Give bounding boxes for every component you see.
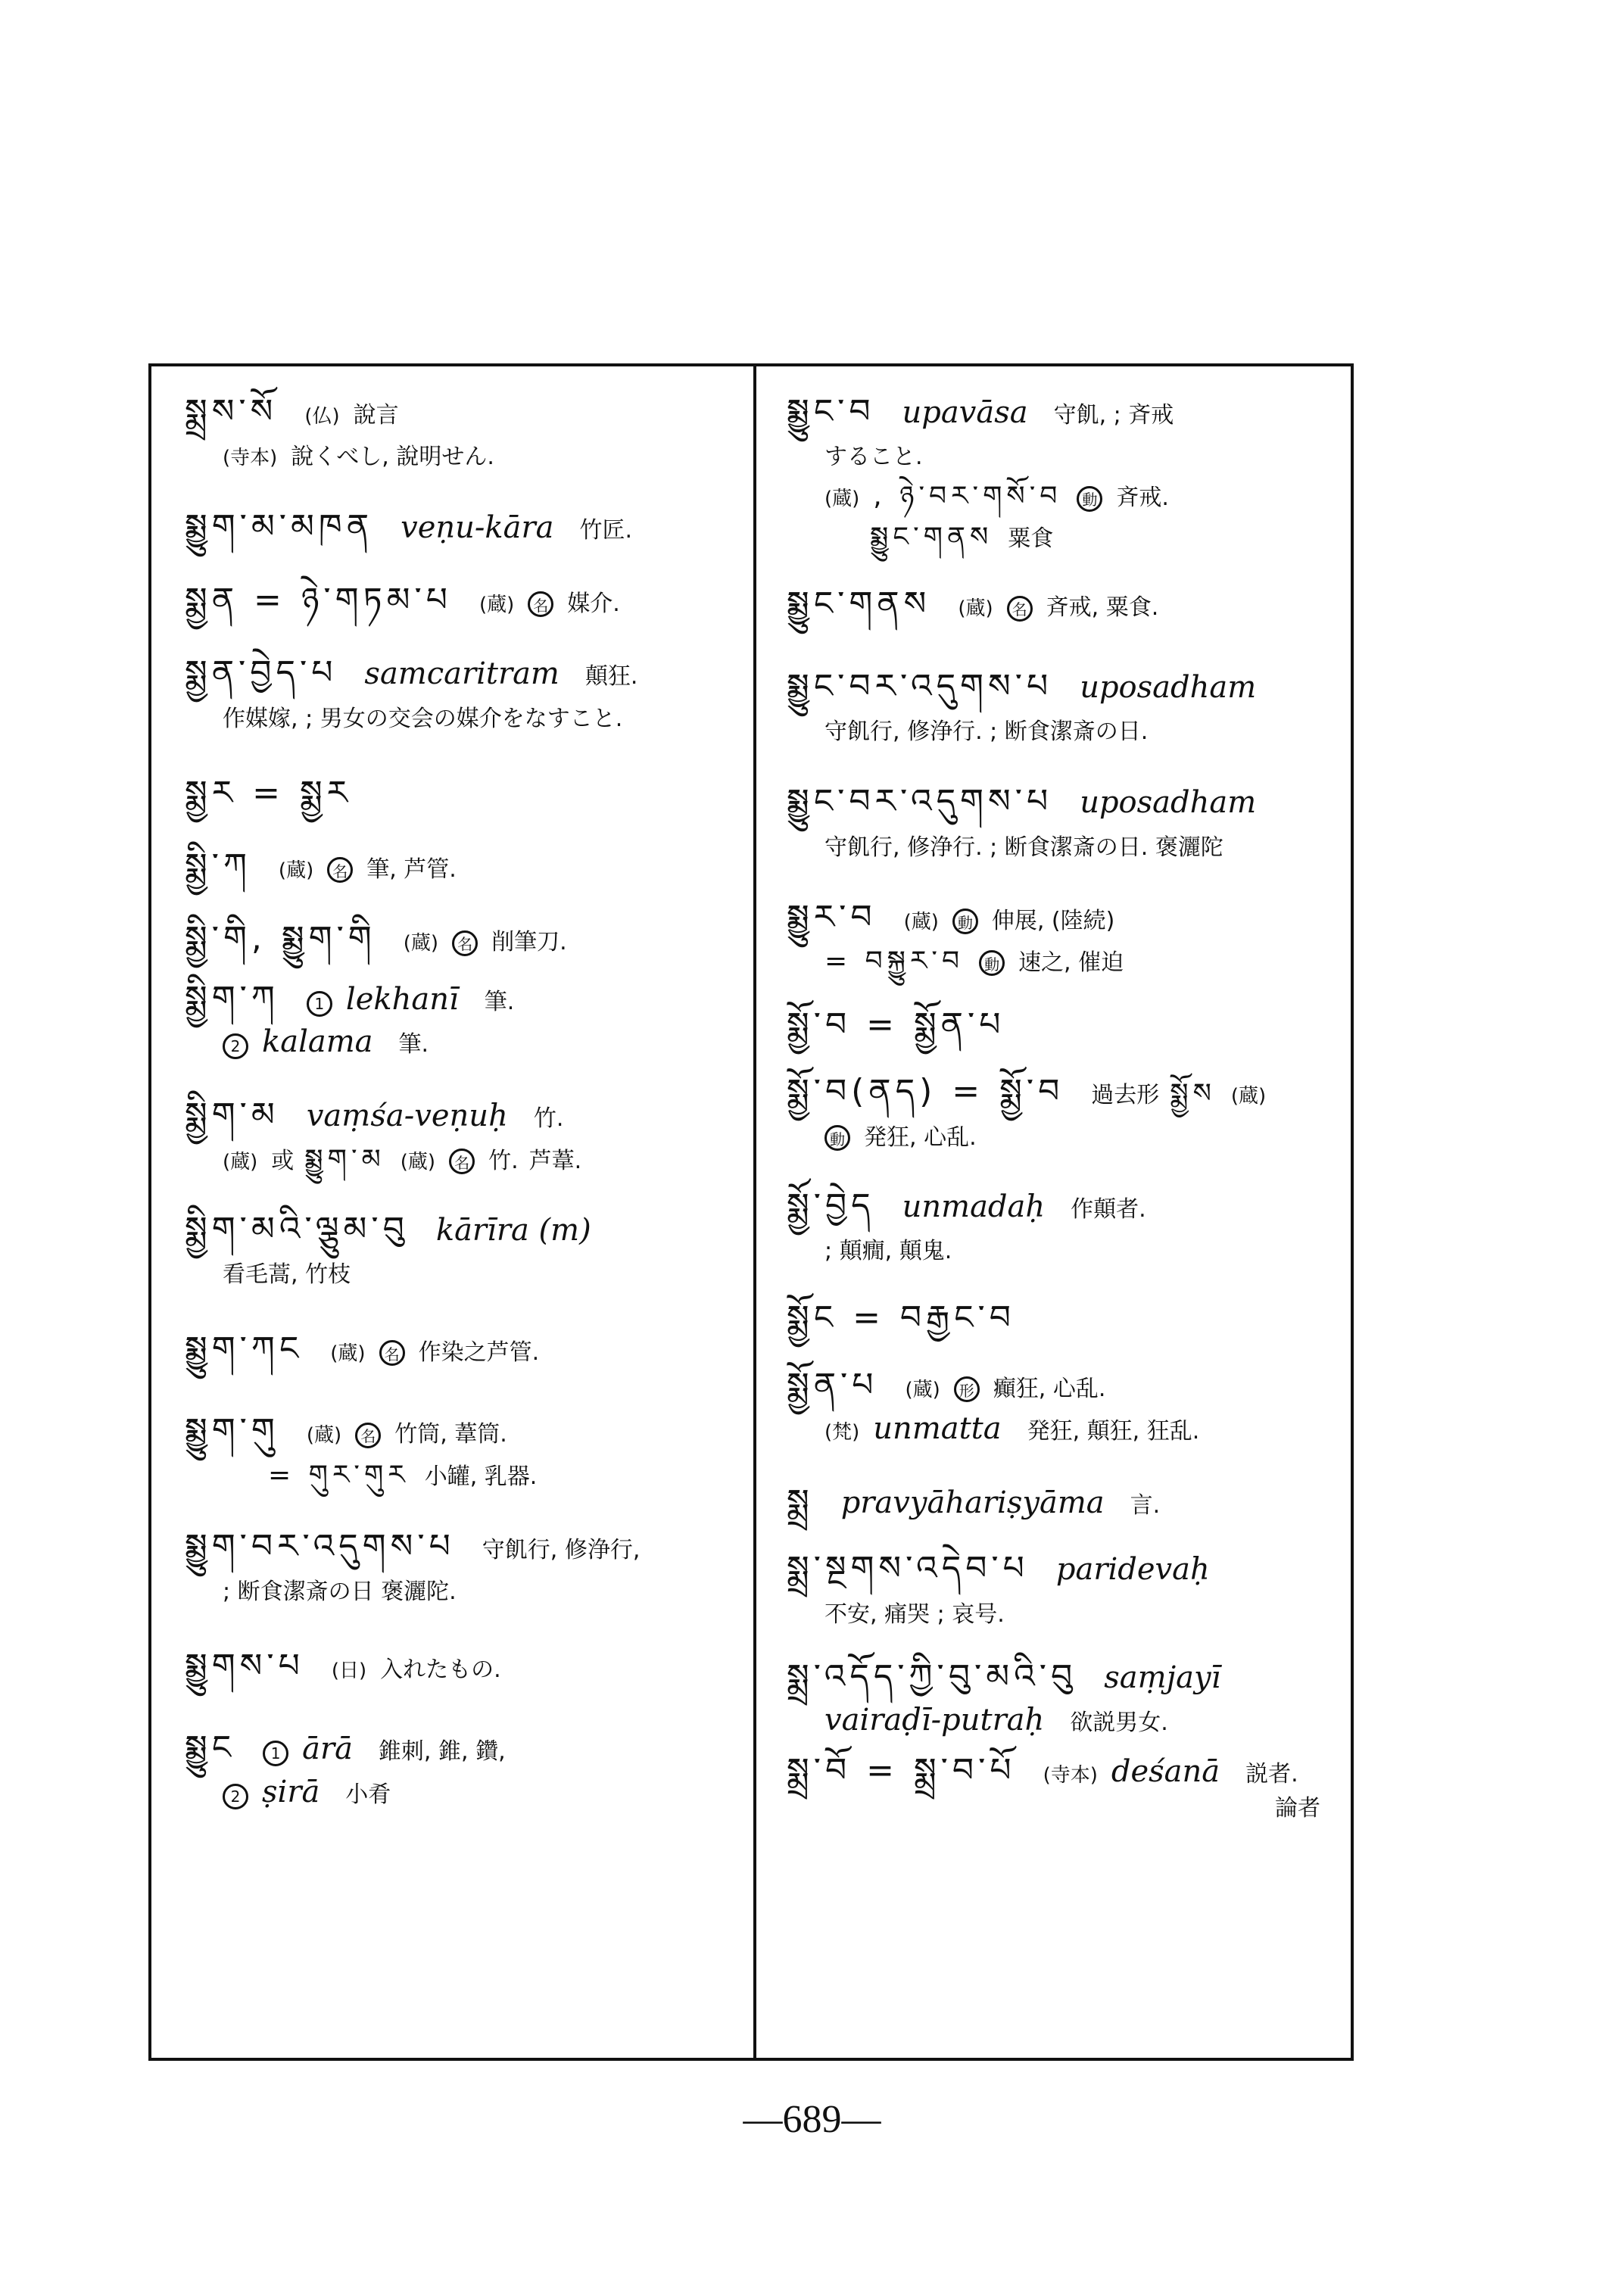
dictionary-entry: སྨྲ་འདོད་ཀྱི་བུ་མའི་བུ saṃjayī vairaḍī-p… [787,1659,1339,1738]
pos-circle-badge: 名 [355,1423,381,1448]
japanese-gloss: 竹匠. [579,511,632,544]
japanese-gloss: 守飢, ; 斉戒 [1054,396,1174,429]
tibetan-headword: སྨྲ་འདོད་ཀྱི་བུ་མའི་བུ [787,1659,1077,1695]
right-column: སྨྱུང་བ upavāsa 守飢, ; 斉戒 すること. (蔵) , ཉེ་… [756,366,1351,2058]
sanskrit-equivalent: vaṃśa-veṇuḥ [307,1099,508,1133]
japanese-gloss: 錐刺, 錐, 鑽, [379,1732,506,1766]
tibetan-headword: སྨྱོ་བ = སྨྱོན་པ [787,1007,1005,1043]
tibetan-headword: སྨྱིག་མའི་ལྕུམ་བུ [185,1211,409,1248]
tibetan-headword: སྨྱོ་བ(ནད) = སྨྱོ་བ [787,1074,1064,1110]
japanese-gloss: 筆, 芦管. [366,850,457,884]
tibetan-headword: སྨྱུག་ཀང [185,1331,303,1367]
japanese-gloss: 斉戒. [1116,478,1169,512]
sanskrit-equivalent: saṃjayī [1104,1660,1220,1695]
sanskrit-equivalent: uposadham [1080,670,1256,705]
japanese-gloss: 竹. [534,1099,564,1133]
sanskrit-equivalent: lekhanī [346,982,459,1017]
japanese-gloss: 発狂, 顛狂, 狂乱. [1027,1412,1200,1445]
sanskrit-equivalent: deśanā [1111,1754,1220,1789]
tibetan-alternate: , ཉེ་བར་གསོ་བ [873,482,1061,512]
dictionary-entry: སྨྱན་བྱེད་པ samcaritram 顛狂. 作媒嫁, ; 男女の交会… [185,655,738,732]
japanese-gloss: 説者. [1245,1755,1298,1788]
japanese-gloss: 入れたもの. [380,1650,501,1684]
japanese-gloss: 作染之芦管. [419,1333,540,1367]
sanskrit-equivalent: uposadham [1080,785,1256,820]
dictionary-entry: སྨྱོང = བརྒྱང་བ [787,1300,1339,1336]
pos-circle-badge: 動 [952,909,978,934]
japanese-gloss: 說言 [354,396,399,429]
source-tag: (蔵) [404,927,438,955]
sanskrit-equivalent: ārā [302,1731,353,1766]
tibetan-headword: སྨྱུགས་པ [185,1648,304,1685]
page-frame: སྨྲས་སོ (仏) 說言 (寺本) 說くべし, 說明せん. སྨྱུག་མ་… [148,363,1354,2061]
pos-circle-badge: 名 [528,591,553,617]
sense-number-badge: 2 [223,1033,248,1059]
japanese-gloss: 斉戒, 粟食. [1046,588,1159,622]
source-tag: (蔵) [307,1420,341,1448]
pos-circle-badge: 動 [1077,486,1102,512]
tibetan-headword: སྨྱོན་པ [787,1367,878,1404]
dictionary-entry: སྨྲ pravyāhariṣyāma 言. [787,1484,1339,1520]
dictionary-entry: སྨྱུང་བར་འདུགས་པ uposadham 守飢行, 修浄行. ; 断… [787,784,1339,861]
dictionary-entry: སྨྱུག་གུ (蔵) 名 竹筒, 葦筒. = གུར་གུར 小罐, 乳器. [185,1413,738,1490]
dictionary-entry: སྨྱུར་བ (蔵) 動 伸展, (陸続) = བསྐྱུར་བ 動 速之, … [787,899,1339,977]
dictionary-entry: སྨྱུང 1 ārā 錐刺, 錐, 鑽, 2 ṣirā 小肴 [185,1730,738,1809]
tibetan-headword: སྨྱི་གི, སྨྱུག་གི [185,921,376,957]
tibetan-headword: སྨྱིག་ཀ [185,980,279,1017]
japanese-gloss: 守飢行, 修浄行, [482,1531,641,1564]
tibetan-headword: སྨྱན = ཉེ་གཏམ་པ [185,582,452,619]
dictionary-entry: སྨྱིག་མའི་ལྕུམ་བུ kārīra (m) 看毛蒿, 竹枝 [185,1211,738,1289]
source-tag: (蔵) [958,593,993,621]
tibetan-alternate: = གུར་གུར [268,1460,410,1491]
japanese-gloss-continuation: 不安, 痛哭 ; 哀号. [824,1595,1005,1629]
sanskrit-equivalent: kārīra (m) [436,1213,591,1248]
tibetan-headword: སྨྲ་བོ = སྨྲ་བ་པོ [787,1753,1016,1789]
dictionary-entry: སྨྱར = སྨྱར [185,775,738,812]
japanese-gloss: 癲狂, 心乱. [993,1370,1106,1403]
dictionary-entry: སྨྱུང་གནས (蔵) 名 斉戒, 粟食. [787,586,1339,622]
japanese-gloss: 作顛者. [1071,1190,1146,1223]
tibetan-headword: སྨྱུང་བར་འདུགས་པ [787,669,1052,705]
japanese-gloss: 削筆刀. [491,923,567,956]
japanese-gloss-continuation: ; 顛癇, 顛鬼. [824,1232,952,1265]
source-tag: (蔵) [330,1338,365,1366]
japanese-gloss-continuation: 守飢行, 修浄行. ; 断食潔斎の日. 褒灑陀 [824,828,1223,862]
tibetan-alternate: སྨྱོས [1170,1079,1216,1109]
tibetan-headword: སྨྱུང་བར་འདུགས་པ [787,784,1052,820]
japanese-gloss: 芦葦. [529,1142,582,1175]
japanese-gloss-continuation: すること. [824,438,923,471]
dictionary-entry: སྨྱོ་བྱེད unmadaḥ 作顛者. ; 顛癇, 顛鬼. [787,1188,1339,1265]
tibetan-headword: སྨྲ [787,1484,814,1520]
japanese-gloss: 顛狂. [585,657,638,690]
japanese-gloss: 小罐, 乳器. [425,1457,538,1491]
sanskrit-equivalent: paridevaḥ [1056,1552,1210,1587]
source-tag: (蔵) [1231,1080,1266,1108]
sanskrit-equivalent: unmatta [873,1411,1001,1446]
tibetan-alternate: སྨྱུག་མ [304,1145,385,1175]
tibetan-headword: སྨྱུང་གནས [787,586,930,622]
source-tag: (蔵) [904,906,939,934]
source-tag: (蔵) [906,1374,940,1402]
sanskrit-equivalent: samcaritram [364,656,559,691]
dictionary-entry: སྨྱུགས་པ (日) 入れたもの. [185,1648,738,1685]
tibetan-headword: སྨྱོ་བྱེད [787,1188,875,1224]
tibetan-headword: སྨྱུང་བ [787,394,875,430]
japanese-gloss: 說くべし, 說明せん. [291,438,494,471]
dictionary-entry: སྨྱུང་བར་འདུགས་པ uposadham 守飢行, 修浄行. ; 断… [787,669,1339,746]
japanese-gloss-continuation: 作媒嫁, ; 男女の交会の媒介をなすこと. [223,700,622,733]
pos-circle-badge: 名 [327,857,353,883]
source-tag: (蔵) [479,589,514,617]
japanese-gloss-continuation: 守飢行, 修浄行. ; 断食潔斎の日. [824,712,1148,746]
dictionary-entry: སྨྱོ་བ(ནད) = སྨྱོ་བ 過去形 སྨྱོས (蔵) 動 発狂, … [787,1074,1339,1151]
tibetan-headword: སྨྱོང = བརྒྱང་བ [787,1300,1015,1336]
sanskrit-equivalent: upavāsa [902,395,1028,430]
dictionary-entry: སྨྱོ་བ = སྨྱོན་པ [787,1007,1339,1043]
japanese-gloss: 筆. [399,1025,429,1058]
tibetan-alternate: = བསྐྱུར་བ [824,946,964,977]
dictionary-entry: སྨྱུག་ཀང (蔵) 名 作染之芦管. [185,1331,738,1367]
tibetan-alternate: སྨྱུང་གནས [870,522,993,553]
dictionary-entry: སྨྱོན་པ (蔵) 形 癲狂, 心乱. (梵) unmatta 発狂, 顛狂… [787,1367,1339,1446]
source-tag: (蔵) [401,1146,435,1174]
japanese-gloss: 竹筒, 葦筒. [394,1415,507,1448]
sanskrit-equivalent: vairaḍī-putraḥ [824,1703,1044,1738]
source-tag: (日) [332,1655,366,1683]
japanese-gloss: 筆. [485,983,515,1016]
sanskrit-equivalent: pravyāhariṣyāma [841,1485,1105,1520]
dictionary-entry: སྨྱུག་མ་མཁན veṇu-kāra 竹匠. [185,509,738,545]
japanese-gloss: 伸展, (陸続) [992,902,1114,935]
sense-number-badge: 2 [223,1784,248,1809]
sanskrit-equivalent: ṣirā [262,1775,320,1809]
dictionary-entry: སྨྲ་སྔགས་འདེབ་པ paridevaḥ 不安, 痛哭 ; 哀号. [787,1551,1339,1628]
japanese-gloss: 粟食 [1008,519,1053,553]
japanese-gloss: 媒介. [567,584,620,618]
pos-circle-badge: 動 [979,950,1005,976]
source-tag: (仏) [304,401,339,429]
tibetan-headword: སྨྱུག་མ་མཁན [185,509,373,545]
dictionary-entry: སྨྱི་གི, སྨྱུག་གི (蔵) 名 削筆刀. [185,921,738,957]
tibetan-headword: སྨྲ་སྔགས་འདེབ་པ [787,1551,1029,1587]
pos-circle-badge: 名 [379,1340,405,1366]
dictionary-entry: སྨྱན = ཉེ་གཏམ་པ (蔵) 名 媒介. [185,582,738,619]
sanskrit-equivalent: kalama [262,1024,373,1059]
source-tag: (梵) [824,1417,859,1445]
japanese-gloss: 竹. [488,1142,519,1175]
left-column: སྨྲས་སོ (仏) 說言 (寺本) 說くべし, 說明せん. སྨྱུག་མ་… [151,366,753,2058]
tibetan-headword: སྨྱར = སྨྱར [185,775,352,812]
tibetan-headword: སྨྱི་ཀ [185,848,251,884]
japanese-gloss-continuation: 看毛蒿, 竹枝 [223,1255,351,1289]
japanese-gloss: 速之, 催迫 [1018,943,1124,977]
japanese-gloss-continuation: ; 断食潔斎の日 褒灑陀. [223,1572,457,1606]
pos-circle-badge: 名 [1007,596,1033,622]
japanese-gloss: 欲説男女. [1070,1703,1168,1737]
dictionary-entry: སྨྲས་སོ (仏) 說言 (寺本) 說くべし, 說明せん. [185,394,738,471]
pos-circle-badge: 名 [452,930,478,956]
dictionary-entry: སྨྲ་བོ = སྨྲ་བ་པོ (寺本) deśanā 説者. 論者 [787,1753,1339,1822]
pos-circle-badge: 名 [449,1149,475,1174]
tibetan-headword: སྨྱུར་བ [787,899,877,936]
pos-circle-badge: 形 [954,1376,980,1402]
dictionary-entry: སྨྱིག་མ vaṃśa-veṇuḥ 竹. (蔵) 或 སྨྱུག་མ (蔵)… [185,1097,738,1174]
source-tag: (寺本) [223,442,277,470]
japanese-gloss: 小肴 [345,1775,391,1809]
tibetan-headword: སྨྱིག་མ [185,1097,279,1133]
sanskrit-equivalent: veṇu-kāra [401,510,553,545]
sense-number-badge: 1 [307,991,332,1017]
tibetan-headword: སྨྲས་སོ [185,394,277,430]
connector-word: 或 [271,1142,294,1175]
sanskrit-equivalent: unmadaḥ [902,1189,1046,1224]
tibetan-headword: སྨྱན་བྱེད་པ [185,655,337,691]
source-tag: (蔵) [279,855,313,883]
japanese-gloss: 発狂, 心乱. [864,1118,977,1152]
page-number: —689— [0,2097,1624,2142]
japanese-gloss: 言. [1130,1486,1161,1519]
source-tag: (蔵) [223,1146,257,1174]
dictionary-entry: སྨྱི་ཀ (蔵) 名 筆, 芦管. [185,848,738,884]
tibetan-headword: སྨྱུང [185,1730,235,1766]
dictionary-entry: སྨྱུག་བར་འདུགས་པ 守飢行, 修浄行, ; 断食潔斎の日 褒灑陀. [185,1529,738,1606]
japanese-gloss-continuation: 論者 [1275,1789,1320,1822]
source-tag: (寺本) [1043,1759,1098,1788]
dictionary-entry: སྨྱིག་ཀ 1 lekhanī 筆. 2 kalama 筆. [185,980,738,1059]
source-tag: (蔵) [824,483,859,511]
sense-number-badge: 1 [263,1741,288,1766]
tibetan-headword: སྨྱུག་བར་འདུགས་པ [185,1529,455,1565]
tibetan-headword: སྨྱུག་གུ [185,1413,279,1449]
pos-circle-badge: 動 [824,1125,850,1151]
dictionary-entry: སྨྱུང་བ upavāsa 守飢, ; 斉戒 すること. (蔵) , ཉེ་… [787,394,1339,553]
japanese-gloss: 過去形 [1091,1076,1159,1109]
